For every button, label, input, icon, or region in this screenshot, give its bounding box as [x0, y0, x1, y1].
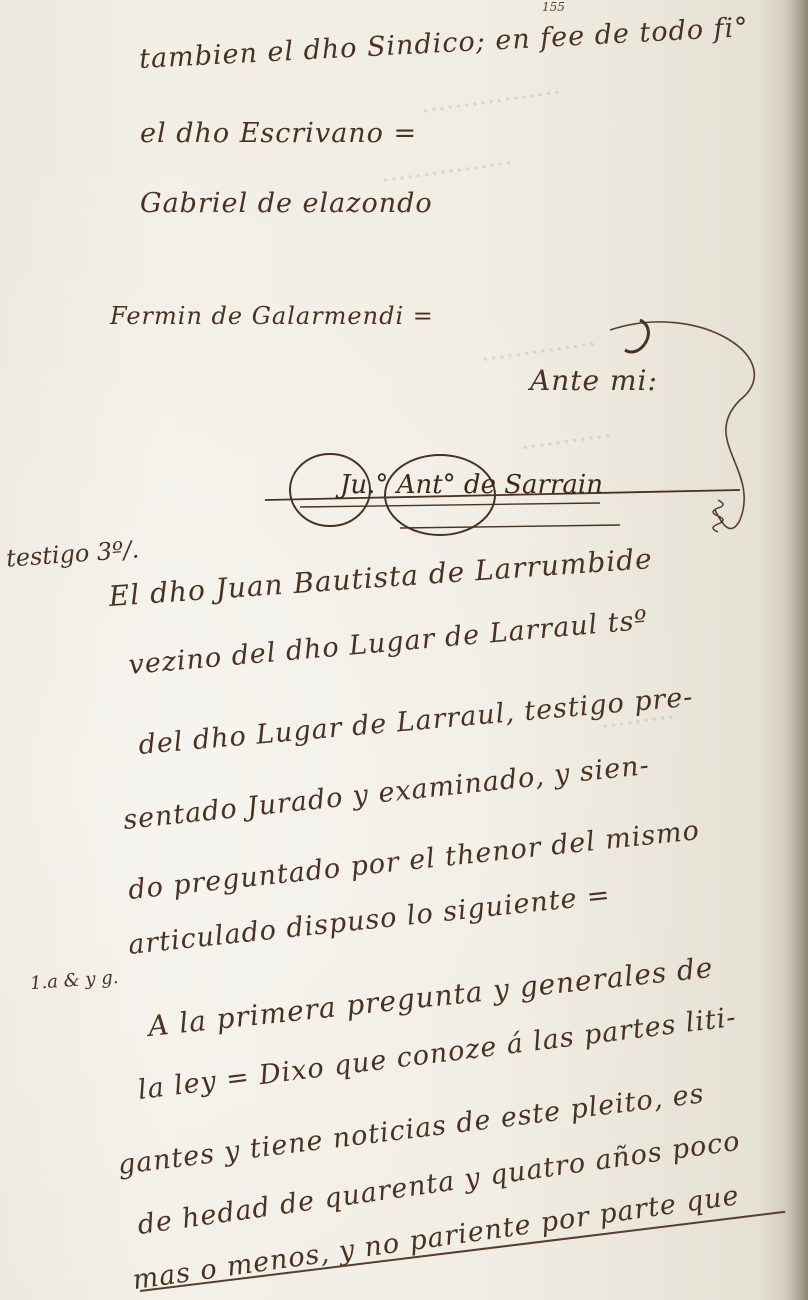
- manuscript-page: ................. ................ .....…: [0, 0, 808, 1300]
- bleed-through-text: ..............: [478, 322, 597, 368]
- margin-note-witness: testigo 3º/.: [5, 535, 140, 572]
- text-line: El dho Juan Bautista de Larrumbide: [108, 542, 654, 613]
- text-line: el dho Escrivano =: [140, 118, 417, 149]
- margin-note-question: 1.a & y g.: [29, 967, 119, 994]
- text-line: Gabriel de elazondo: [140, 188, 433, 219]
- text-line: Fermin de Galarmendi =: [110, 302, 434, 330]
- folio-number: 155: [542, 0, 565, 14]
- text-line: vezino del dho Lugar de Larraul tsº: [127, 605, 649, 681]
- bleed-through-text: ...........: [518, 414, 612, 456]
- text-line: sentado Jurado y examinado, y sien-: [122, 750, 651, 836]
- text-line: do preguntado por el thenor del mismo: [127, 815, 702, 906]
- notary-signature: Ju.° Ant° de Sarrain: [340, 470, 603, 500]
- text-line: tambien el dho Sindico; en fee de todo f…: [138, 12, 749, 75]
- text-line: Ante mi:: [530, 364, 658, 397]
- page-edge-shadow: [786, 0, 808, 1300]
- bleed-through-text: .................: [419, 70, 562, 119]
- text-line: del dho Lugar de Larraul, testigo pre-: [137, 682, 694, 761]
